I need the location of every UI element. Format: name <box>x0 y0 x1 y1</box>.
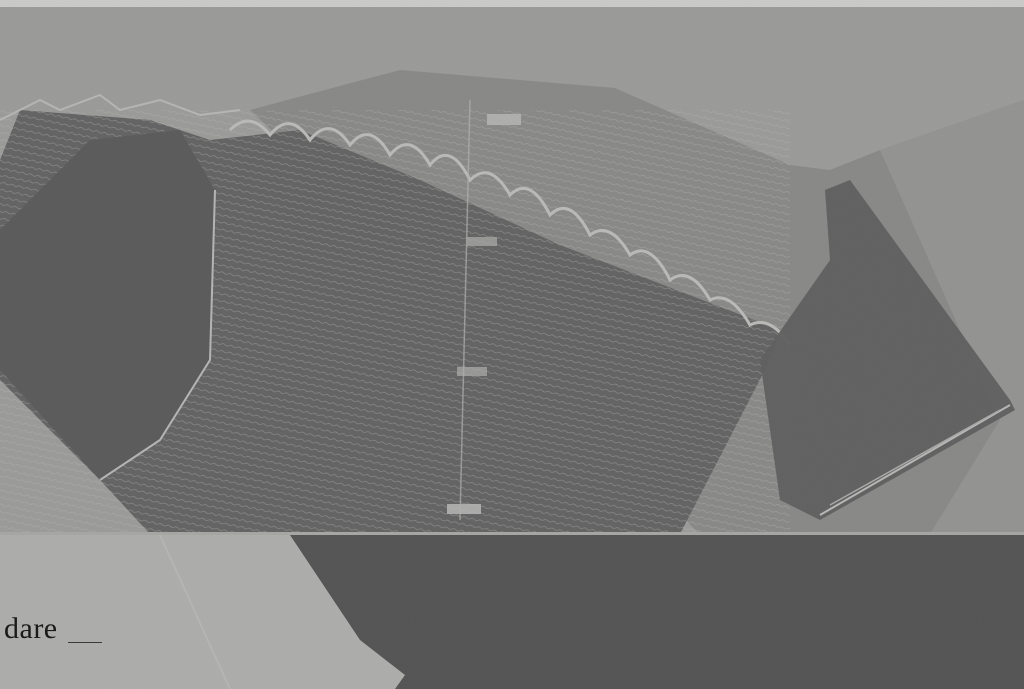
caption-underline <box>68 642 102 643</box>
artwork-canvas <box>0 0 1024 689</box>
artwork-caption: dare <box>4 612 58 646</box>
